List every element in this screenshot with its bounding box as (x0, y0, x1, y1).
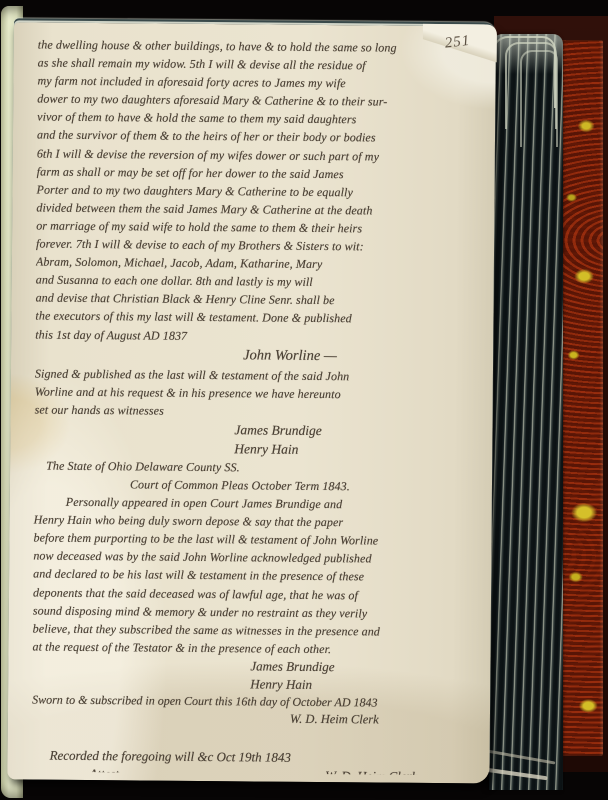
manuscript-page: 251 the dwelling house & other buildings… (7, 22, 496, 783)
deposition-line: at the request of the Testator & in the … (32, 637, 478, 659)
will-text-line: this 1st day of August AD 1837 (35, 325, 481, 347)
probate-state-line: The State of Ohio Delaware County SS. (34, 456, 480, 478)
book-photograph: 251 the dwelling house & other buildings… (0, 0, 608, 800)
handwritten-text: the dwelling house & other buildings, to… (31, 36, 483, 776)
page-edge (520, 50, 558, 147)
marbled-cover-edge (561, 40, 603, 756)
page-edge-stack (489, 34, 563, 790)
clerk-signature: W. D. Heim Clerk (32, 709, 478, 730)
clerk-signature: W. D. Heim Clerk (325, 767, 417, 775)
attestation-line: set our hands as witnesses (35, 400, 481, 422)
attest-label: Attest (89, 765, 119, 775)
